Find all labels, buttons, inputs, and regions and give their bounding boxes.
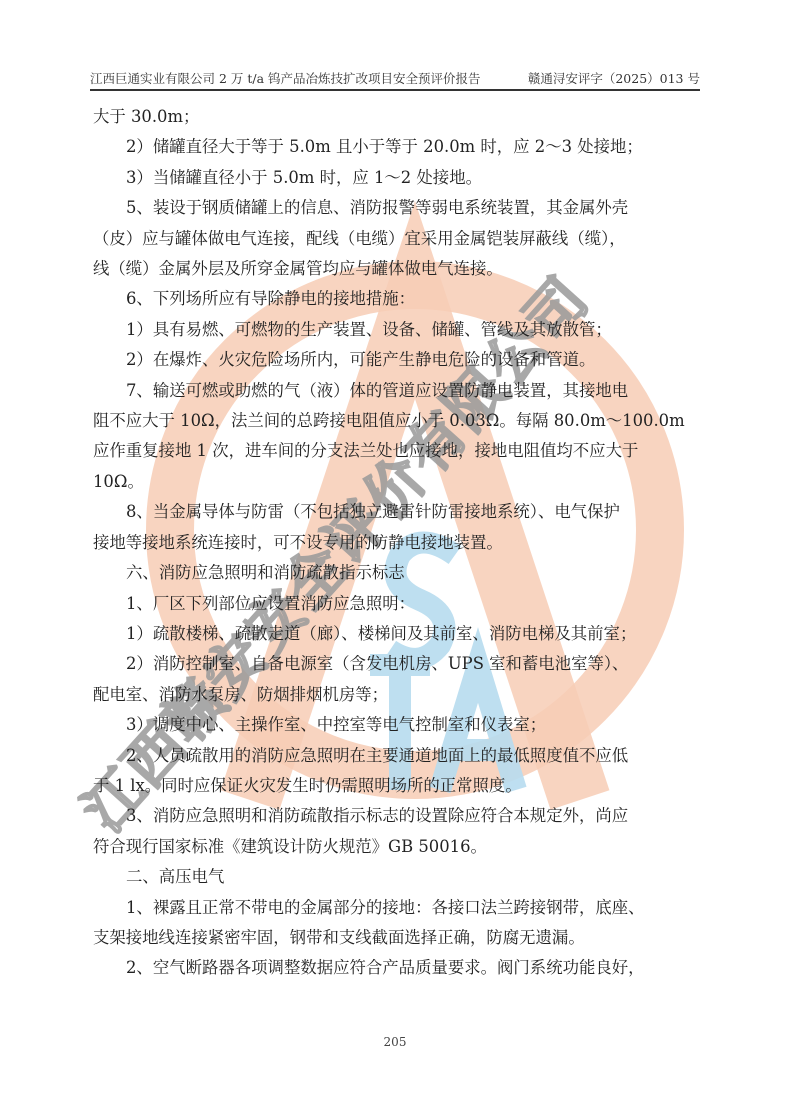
paragraph-line: 2、空气断路器各项调整数据应符合产品质量要求。阀门系统功能良好， (93, 953, 700, 983)
paragraph-line: 符合现行国家标准《建筑设计防火规范》GB 50016。 (93, 832, 700, 862)
paragraph-line: 6、下列场所应有导除静电的接地措施： (93, 284, 700, 314)
paragraph-line: 2）在爆炸、火灾危险场所内，可能产生静电危险的设备和管道。 (93, 345, 700, 375)
report-number: 赣通浔安评字（2025）013 号 (528, 69, 700, 87)
report-title: 江西巨通实业有限公司 2 万 t/a 钨产品冶炼技扩改项目安全预评价报告 (90, 69, 481, 87)
paragraph-line: 8、当金属导体与防雷（不包括独立避雷针防雷接地系统）、电气保护 (93, 497, 700, 527)
paragraph-line: 1）具有易燃、可燃物的生产装置、设备、储罐、管线及其放散管； (93, 315, 700, 345)
paragraph-line: 3、消防应急照明和消防疏散指示标志的设置除应符合本规定外，尚应 (93, 801, 700, 831)
paragraph-line: 于 1 lx。同时应保证火灾发生时仍需照明场所的正常照度。 (93, 771, 700, 801)
body-text: 大于 30.0m；2）储罐直径大于等于 5.0m 且小于等于 20.0m 时，应… (93, 102, 700, 984)
paragraph-line: 大于 30.0m； (93, 102, 700, 132)
paragraph-line: 阻不应大于 10Ω，法兰间的总跨接电阻值应小于 0.03Ω。每隔 80.0m～1… (93, 406, 700, 436)
paragraph-line: 2）储罐直径大于等于 5.0m 且小于等于 20.0m 时，应 2～3 处接地； (93, 132, 700, 162)
page-number: 205 (0, 1035, 790, 1049)
paragraph-line: 3）当储罐直径小于 5.0m 时，应 1～2 处接地。 (93, 163, 700, 193)
paragraph-line: 3）调度中心、主操作室、中控室等电气控制室和仪表室； (93, 710, 700, 740)
document-page: 江西赣安安全评价有限公司 江西巨通实业有限公司 2 万 t/a 钨产品冶炼技扩改… (0, 0, 790, 1117)
page-header: 江西巨通实业有限公司 2 万 t/a 钨产品冶炼技扩改项目安全预评价报告 赣通浔… (90, 67, 700, 91)
paragraph-line: 应作重复接地 1 次，进车间的分支法兰处也应接地，接地电阻值均不应大于 (93, 436, 700, 466)
paragraph-line: 配电室、消防水泵房、防烟排烟机房等； (93, 680, 700, 710)
paragraph-line: 六、消防应急照明和消防疏散指示标志 (93, 558, 700, 588)
paragraph-line: 2、人员疏散用的消防应急照明在主要通道地面上的最低照度值不应低 (93, 741, 700, 771)
paragraph-line: 2）消防控制室、自备电源室（含发电机房、UPS 室和蓄电池室等）、 (93, 649, 700, 679)
paragraph-line: 1、裸露且正常不带电的金属部分的接地：各接口法兰跨接钢带，底座、 (93, 893, 700, 923)
paragraph-line: 10Ω。 (93, 467, 700, 497)
paragraph-line: 1、厂区下列部位应设置消防应急照明： (93, 589, 700, 619)
paragraph-line: 5、装设于钢质储罐上的信息、消防报警等弱电系统装置，其金属外壳 (93, 193, 700, 223)
paragraph-line: 接地等接地系统连接时，可不设专用的防静电接地装置。 (93, 528, 700, 558)
paragraph-line: 1）疏散楼梯、疏散走道（廊）、楼梯间及其前室、消防电梯及其前室； (93, 619, 700, 649)
paragraph-line: 支架接地线连接紧密牢固，钢带和支线截面选择正确，防腐无遗漏。 (93, 923, 700, 953)
paragraph-line: 7、输送可燃或助燃的气（液）体的管道应设置防静电装置，其接地电 (93, 376, 700, 406)
paragraph-line: 二、高压电气 (93, 862, 700, 892)
paragraph-line: 线（缆）金属外层及所穿金属管均应与罐体做电气连接。 (93, 254, 700, 284)
paragraph-line: （皮）应与罐体做电气连接，配线（电缆）宜采用金属铠装屏蔽线（缆）， (93, 224, 700, 254)
